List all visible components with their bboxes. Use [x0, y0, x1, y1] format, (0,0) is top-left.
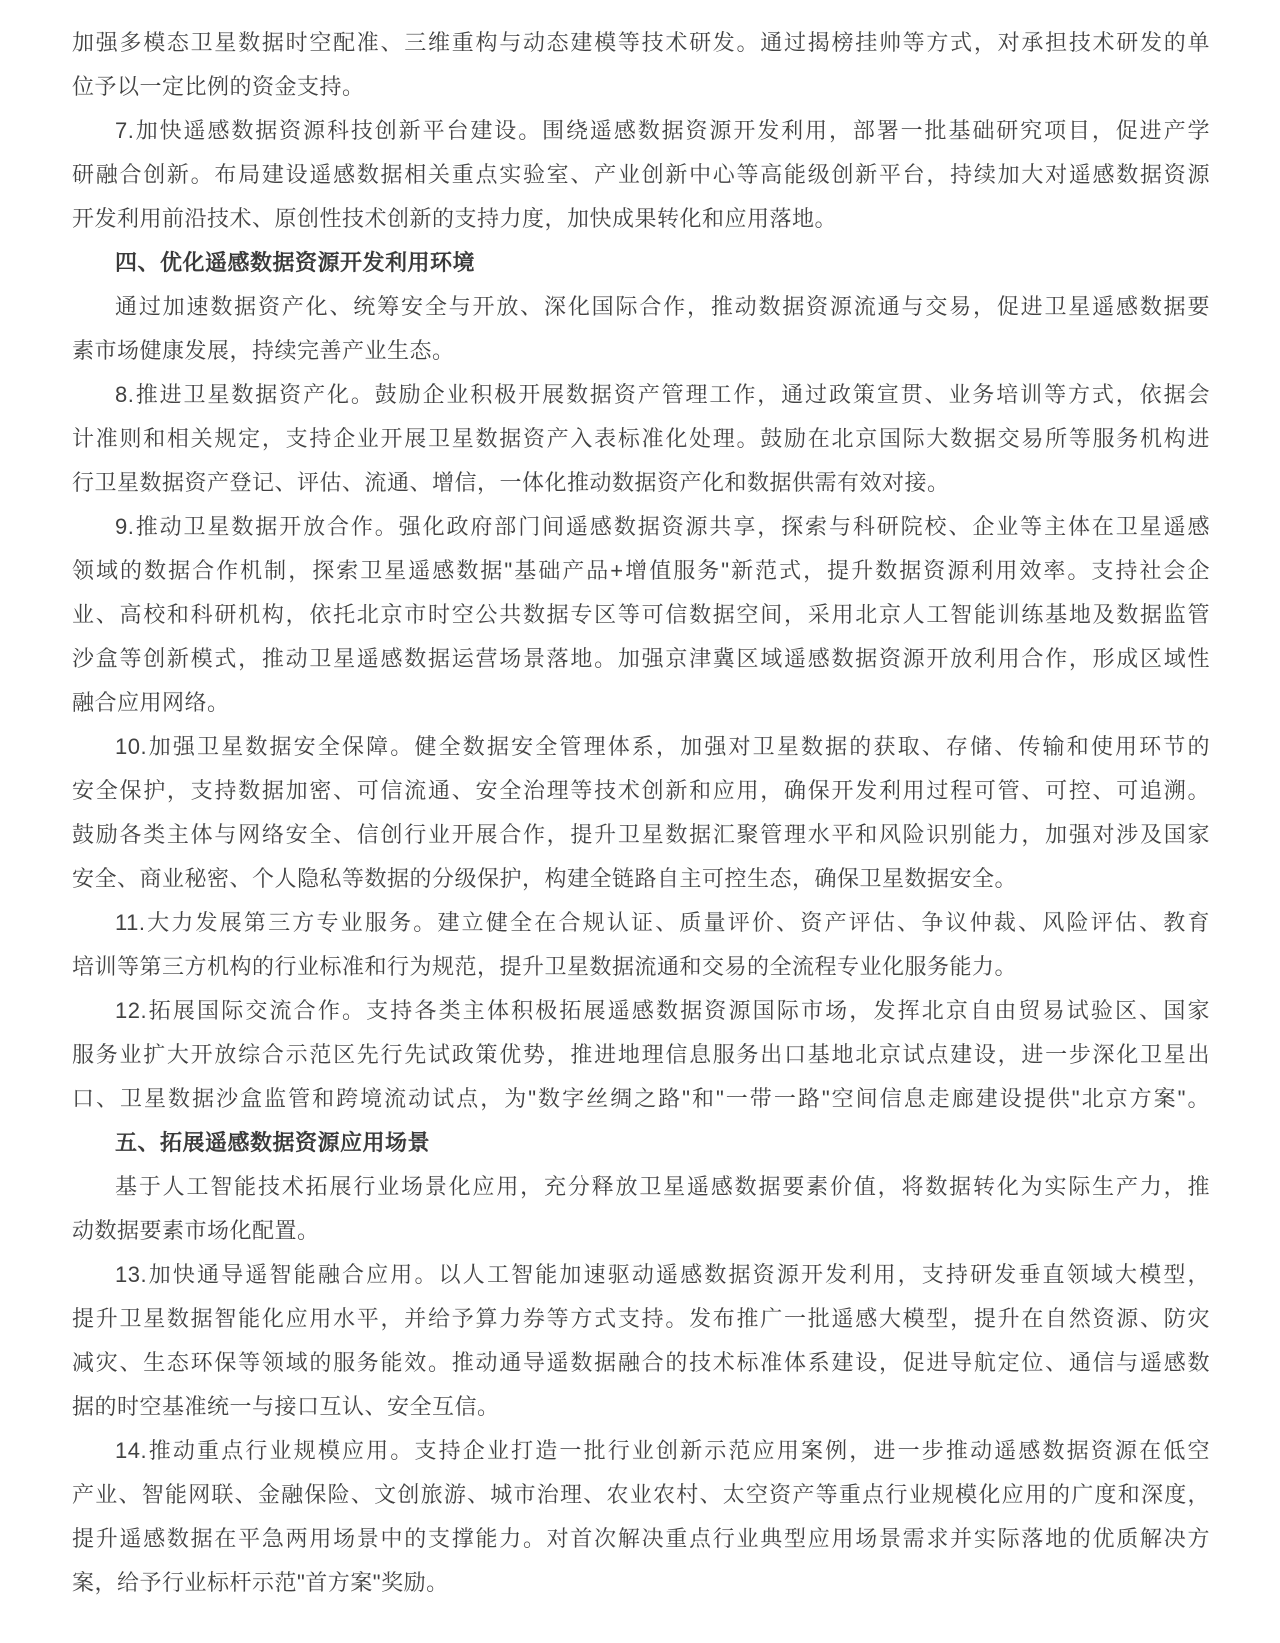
text-line: 沙盒等创新模式，推动卫星遥感数据运营场景落地。加强京津冀区域遥感数据资源开放利用…	[72, 637, 1210, 681]
text-line: 加强多模态卫星数据时空配准、三维重构与动态建模等技术研发。通过揭榜挂帅等方式，对…	[72, 21, 1210, 65]
text-line: 培训等第三方机构的行业标准和行为规范，提升卫星数据流通和交易的全流程专业化服务能…	[72, 945, 1210, 989]
text-line: 案，给予行业标杆示范"首方案"奖励。	[72, 1561, 1210, 1605]
text-line: 提升遥感数据在平急两用场景中的支撑能力。对首次解决重点行业典型应用场景需求并实际…	[72, 1517, 1210, 1561]
text-line: 动数据要素市场化配置。	[72, 1209, 1210, 1253]
text-line: 素市场健康发展，持续完善产业生态。	[72, 329, 1210, 373]
text-line: 业、高校和科研机构，依托北京市时空公共数据专区等可信数据空间，采用北京人工智能训…	[72, 593, 1210, 637]
text-line: 口、卫星数据沙盒监管和跨境流动试点，为"数字丝绸之路"和"一带一路"空间信息走廊…	[72, 1077, 1210, 1121]
text-line: 研融合创新。布局建设遥感数据相关重点实验室、产业创新中心等高能级创新平台，持续加…	[72, 153, 1210, 197]
text-line: 7.加快遥感数据资源科技创新平台建设。围绕遥感数据资源开发利用，部署一批基础研究…	[72, 109, 1210, 153]
text-line: 基于人工智能技术拓展行业场景化应用，充分释放卫星遥感数据要素价值，将数据转化为实…	[72, 1165, 1210, 1209]
text-line: 据的时空基准统一与接口互认、安全互信。	[72, 1385, 1210, 1429]
document-page: 加强多模态卫星数据时空配准、三维重构与动态建模等技术研发。通过揭榜挂帅等方式，对…	[0, 0, 1280, 1643]
text-line: 开发利用前沿技术、原创性技术创新的支持力度，加快成果转化和应用落地。	[72, 197, 1210, 241]
text-line: 产业、智能网联、金融保险、文创旅游、城市治理、农业农村、太空资产等重点行业规模化…	[72, 1473, 1210, 1517]
section-heading: 五、拓展遥感数据资源应用场景	[72, 1121, 1210, 1165]
text-line: 通过加速数据资产化、统筹安全与开放、深化国际合作，推动数据资源流通与交易，促进卫…	[72, 285, 1210, 329]
text-line: 鼓励各类主体与网络安全、信创行业开展合作，提升卫星数据汇聚管理水平和风险识别能力…	[72, 813, 1210, 857]
text-line: 服务业扩大开放综合示范区先行先试政策优势，推进地理信息服务出口基地北京试点建设，…	[72, 1033, 1210, 1077]
text-line: 融合应用网络。	[72, 681, 1210, 725]
text-line: 10.加强卫星数据安全保障。健全数据安全管理体系，加强对卫星数据的获取、存储、传…	[72, 725, 1210, 769]
text-line: 12.拓展国际交流合作。支持各类主体积极拓展遥感数据资源国际市场，发挥北京自由贸…	[72, 989, 1210, 1033]
section-heading: 四、优化遥感数据资源开发利用环境	[72, 241, 1210, 285]
text-line: 安全保护，支持数据加密、可信流通、安全治理等技术创新和应用，确保开发利用过程可管…	[72, 769, 1210, 813]
text-line: 11.大力发展第三方专业服务。建立健全在合规认证、质量评价、资产评估、争议仲裁、…	[72, 901, 1210, 945]
text-line: 减灾、生态环保等领域的服务能效。推动通导遥数据融合的技术标准体系建设，促进导航定…	[72, 1341, 1210, 1385]
text-line: 13.加快通导遥智能融合应用。以人工智能加速驱动遥感数据资源开发利用，支持研发垂…	[72, 1253, 1210, 1297]
text-line: 9.推动卫星数据开放合作。强化政府部门间遥感数据资源共享，探索与科研院校、企业等…	[72, 505, 1210, 549]
text-line: 计准则和相关规定，支持企业开展卫星数据资产入表标准化处理。鼓励在北京国际大数据交…	[72, 417, 1210, 461]
document-body: 加强多模态卫星数据时空配准、三维重构与动态建模等技术研发。通过揭榜挂帅等方式，对…	[0, 0, 1280, 1605]
text-line: 行卫星数据资产登记、评估、流通、增信，一体化推动数据资产化和数据供需有效对接。	[72, 461, 1210, 505]
text-line: 领域的数据合作机制，探索卫星遥感数据"基础产品+增值服务"新范式，提升数据资源利…	[72, 549, 1210, 593]
text-line: 位予以一定比例的资金支持。	[72, 65, 1210, 109]
text-line: 提升卫星数据智能化应用水平，并给予算力券等方式支持。发布推广一批遥感大模型，提升…	[72, 1297, 1210, 1341]
text-line: 14.推动重点行业规模应用。支持企业打造一批行业创新示范应用案例，进一步推动遥感…	[72, 1429, 1210, 1473]
text-line: 安全、商业秘密、个人隐私等数据的分级保护，构建全链路自主可控生态，确保卫星数据安…	[72, 857, 1210, 901]
text-line: 8.推进卫星数据资产化。鼓励企业积极开展数据资产管理工作，通过政策宣贯、业务培训…	[72, 373, 1210, 417]
